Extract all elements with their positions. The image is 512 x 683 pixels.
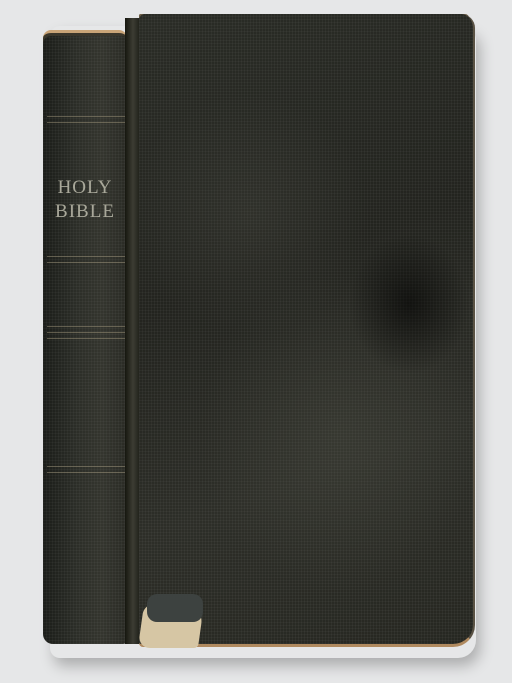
torn-cloth-flap [147,594,203,622]
spine-title-line2: BIBLE [43,200,127,224]
spine-rule [47,256,125,257]
book-spine: HOLY BIBLE [43,36,127,644]
spine-title: HOLY BIBLE [43,176,127,224]
book: HOLY BIBLE [43,14,473,654]
spine-rule [47,326,125,327]
front-cover [139,14,475,647]
spine-rule [47,466,125,467]
spine-rule [47,122,125,123]
spine-rule [47,332,125,333]
spine-rule [47,116,125,117]
spine-rule [47,472,125,473]
spine-rule [47,262,125,263]
spine-title-line1: HOLY [43,176,127,200]
spine-rule [47,338,125,339]
